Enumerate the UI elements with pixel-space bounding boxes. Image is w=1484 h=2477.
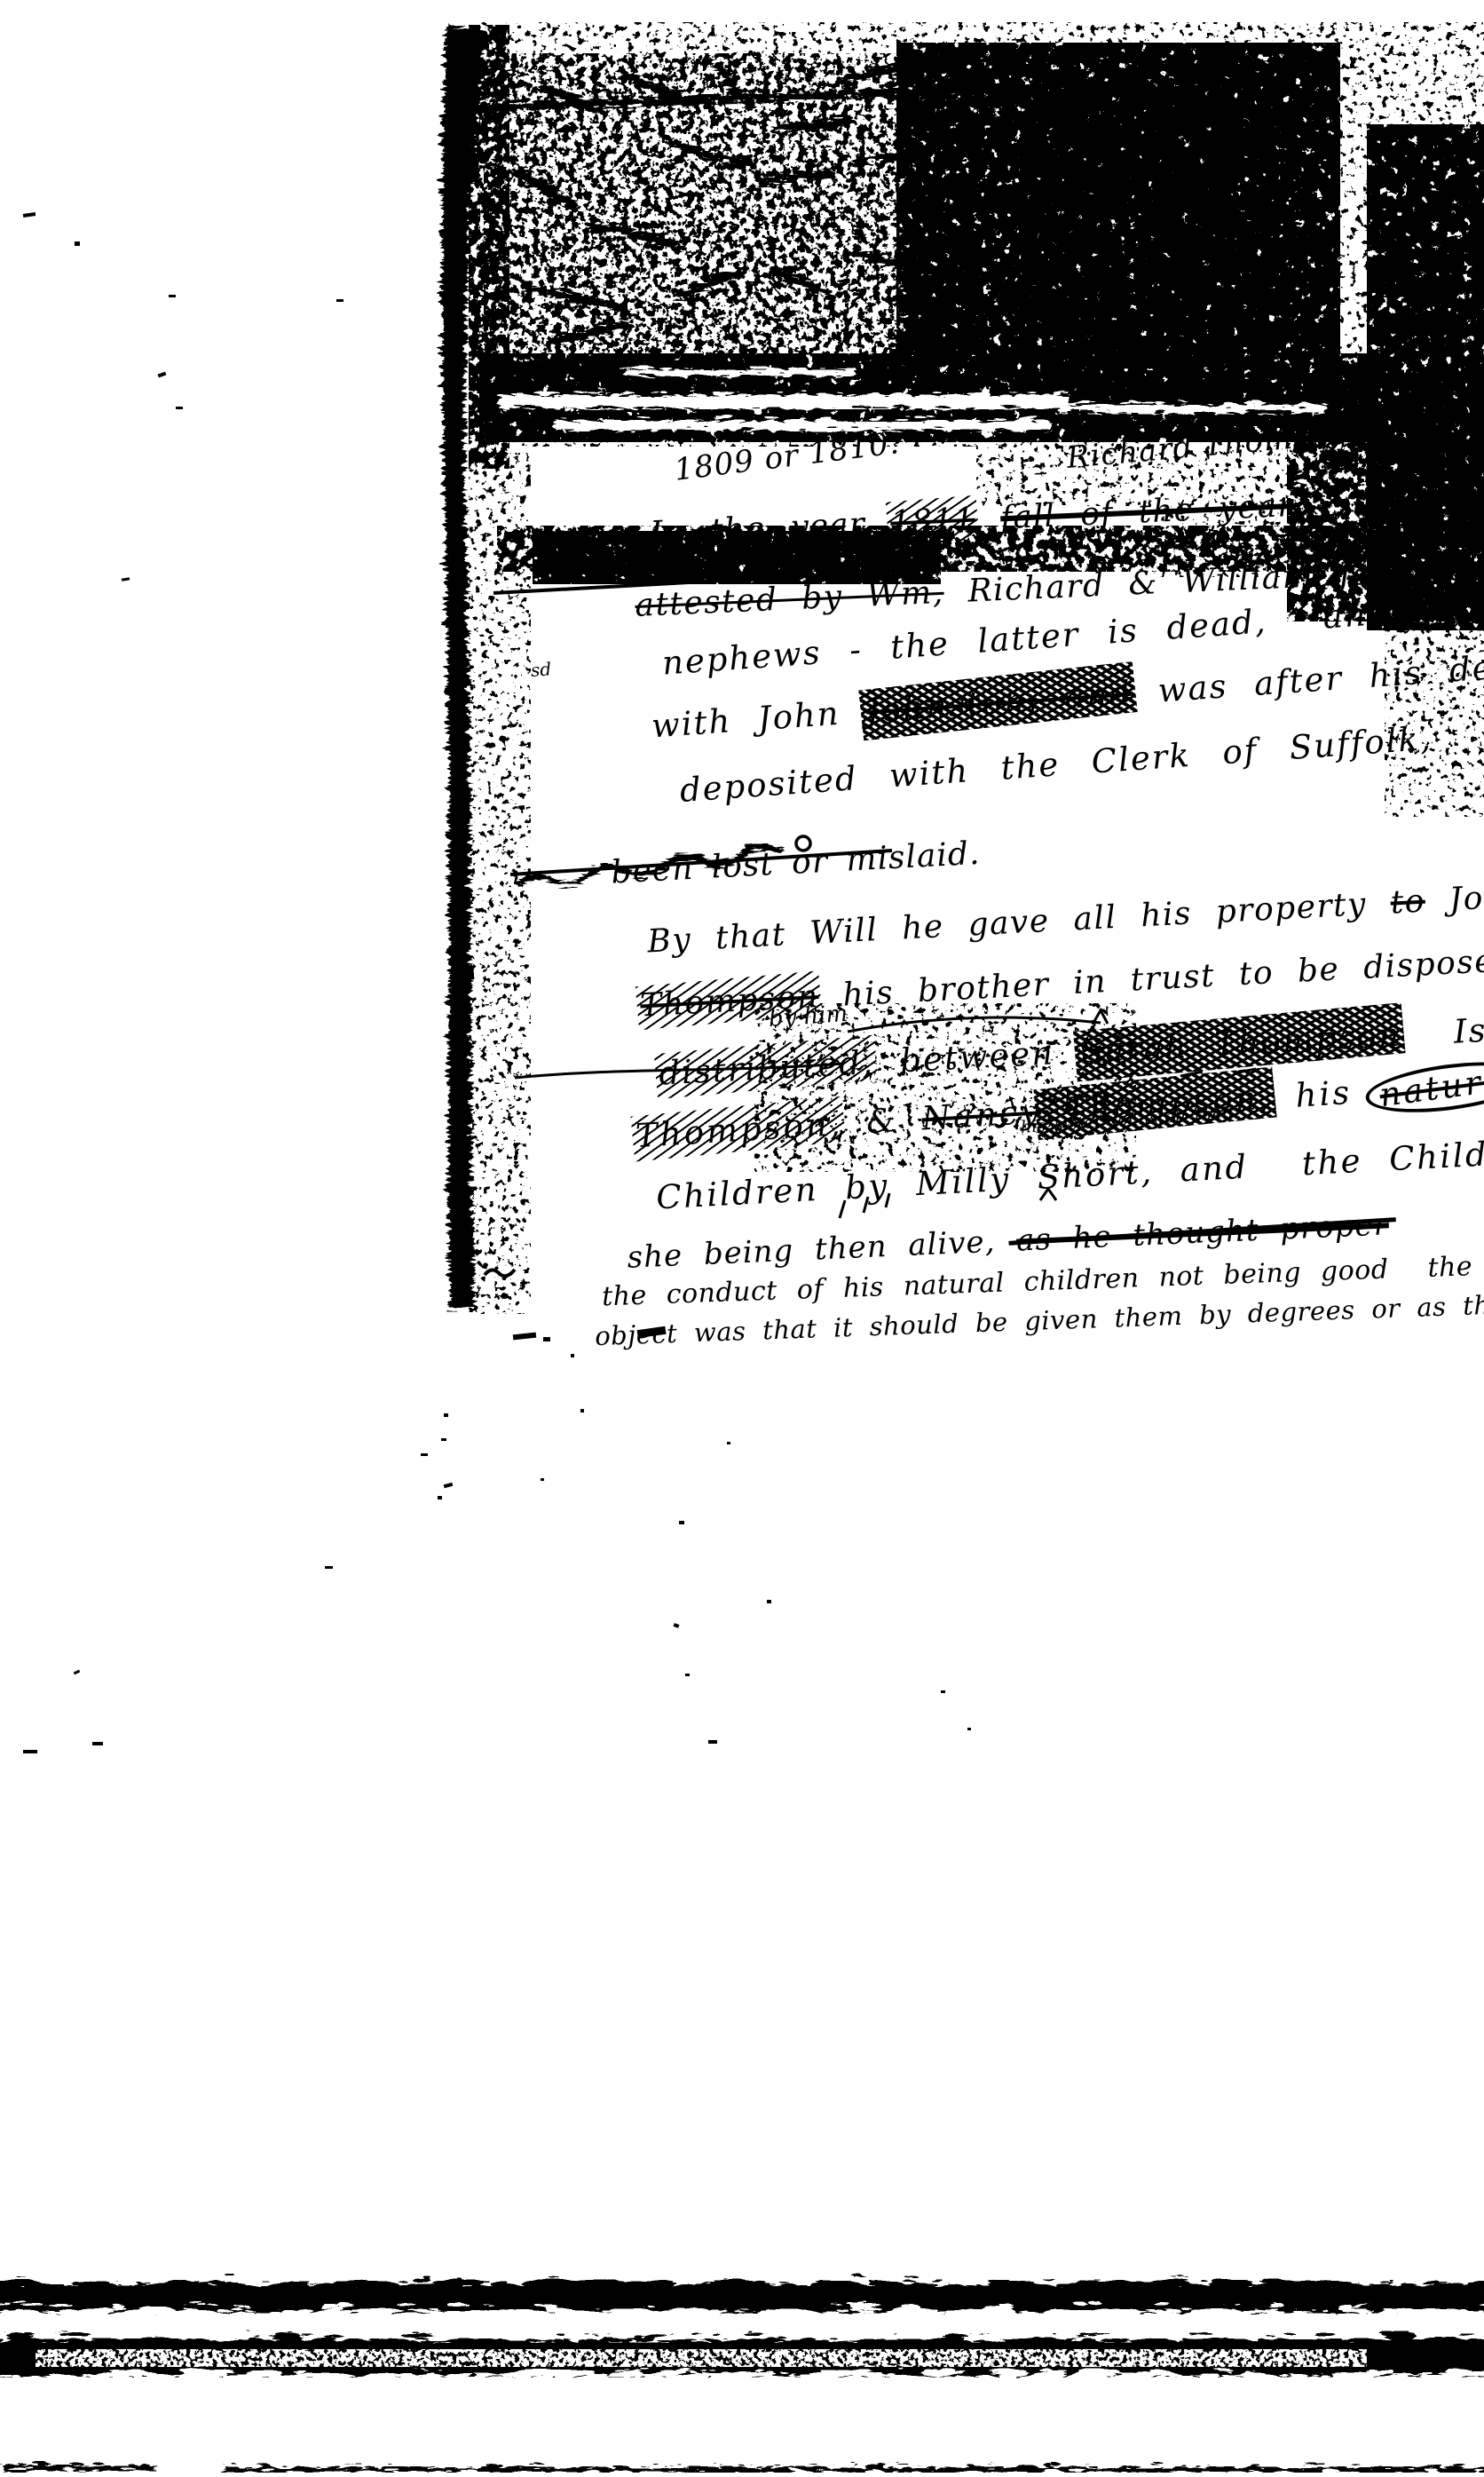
ink-speck xyxy=(438,1496,442,1500)
ink-speck xyxy=(176,407,183,409)
ink-speck xyxy=(444,1413,448,1417)
superscript-by-him: by him xyxy=(768,1001,849,1033)
ink-speck xyxy=(685,1674,690,1676)
bottom-rule-line xyxy=(0,2461,1484,2469)
ink-speck xyxy=(23,212,36,218)
ink-speck xyxy=(75,241,80,246)
ink-speck xyxy=(767,1600,771,1603)
ink-speck xyxy=(679,1521,684,1524)
ink-speck xyxy=(336,299,343,302)
superscript-said: sd xyxy=(530,659,552,680)
ink-speck xyxy=(941,1690,945,1693)
text-segment xyxy=(975,500,1001,537)
ink-speck xyxy=(673,1623,679,1628)
text-segment: 1811 xyxy=(889,501,975,541)
scan-fold-bars xyxy=(0,2278,1484,2469)
ink-speck xyxy=(92,1742,103,1745)
ink-speck xyxy=(74,1670,81,1675)
ink-speck xyxy=(158,372,167,378)
ink-speck xyxy=(169,295,176,297)
ink-speck xyxy=(571,1354,574,1357)
scanned-document-page: 1809 or 1810. Richard Thompson — In the … xyxy=(0,0,1484,2477)
ink-speck xyxy=(23,1750,37,1753)
ink-speck xyxy=(421,1453,428,1456)
ink-speck xyxy=(541,1478,544,1481)
ink-speck xyxy=(122,577,130,582)
ink-speck xyxy=(967,1728,971,1730)
ink-speck xyxy=(444,1483,454,1488)
text-segment: object was that it should be given them … xyxy=(595,1287,1484,1351)
ink-speck xyxy=(441,1438,446,1441)
ink-speck xyxy=(727,1442,730,1444)
ink-speck xyxy=(708,1740,717,1744)
text-segment: , made a Will xyxy=(1289,474,1484,523)
ink-speck xyxy=(325,1566,333,1569)
ink-speck xyxy=(580,1409,584,1413)
